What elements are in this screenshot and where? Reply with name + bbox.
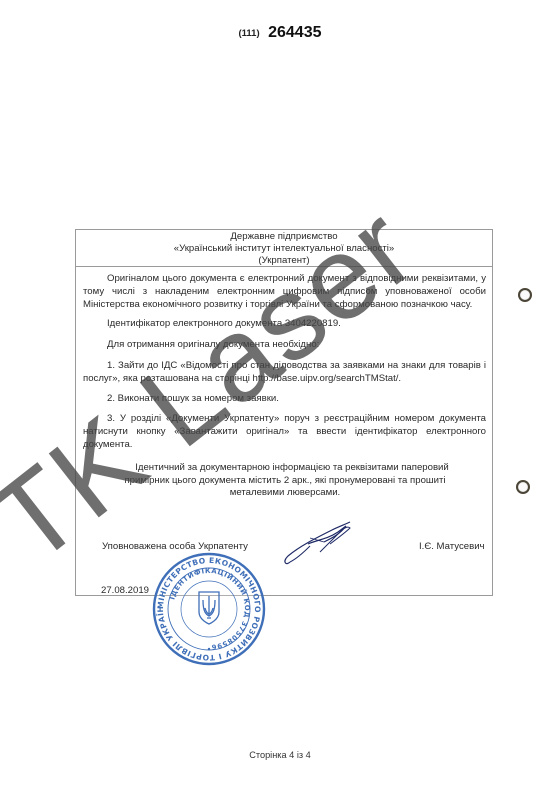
official-stamp: МІНІСТЕРСТВО ЕКОНОМІЧНОГО РОЗВИТКУ І ТОР… (152, 552, 266, 671)
binding-grommet-bottom (516, 480, 530, 494)
signer-name: І.Є. Матусевич (419, 541, 485, 552)
org-line-2: «Український інститут інтелектуальної вл… (76, 243, 492, 255)
authorized-person-label: Уповноважена особа Укрпатенту (102, 541, 248, 552)
handwritten-signature (280, 518, 360, 573)
organization-header: Державне підприємство «Український інсти… (76, 230, 492, 267)
paragraph-original: Оригіналом цього документа є електронний… (83, 273, 486, 311)
org-line-1: Державне підприємство (76, 230, 492, 243)
note-line-2: примірник цього документа містить 2 арк.… (80, 475, 490, 488)
note-line-1: Ідентичний за документарною інформацією … (80, 462, 490, 475)
certificate-body: Оригіналом цього документа є електронний… (76, 267, 492, 452)
paper-copy-note: Ідентичний за документарною інформацією … (80, 462, 490, 500)
inid-code-label: (111) (239, 28, 260, 39)
binding-grommet-top (518, 288, 532, 302)
step-1: 1. Зайти до ІДС «Відомості про стан діло… (83, 360, 486, 386)
registration-number: 264435 (268, 24, 321, 41)
page-number: Сторінка 4 із 4 (0, 750, 560, 760)
document-date: 27.08.2019 (101, 585, 149, 596)
instructions-intro: Для отримання оригіналу документа необхі… (83, 339, 486, 352)
step-2: 2. Виконати пошук за номером заявки. (83, 393, 486, 406)
note-line-3: металевими люверсами. (80, 487, 490, 500)
step-3: 3. У розділі «Документи Укрпатенту» пору… (83, 413, 486, 451)
registration-number-header: (111) 264435 (0, 24, 560, 42)
identifier-line: Ідентифікатор електронного документа 340… (83, 318, 486, 331)
identifier-value: 3404220819. (285, 318, 341, 329)
identifier-label: Ідентифікатор електронного документа (107, 318, 282, 329)
org-line-3: (Укрпатент) (76, 255, 492, 267)
